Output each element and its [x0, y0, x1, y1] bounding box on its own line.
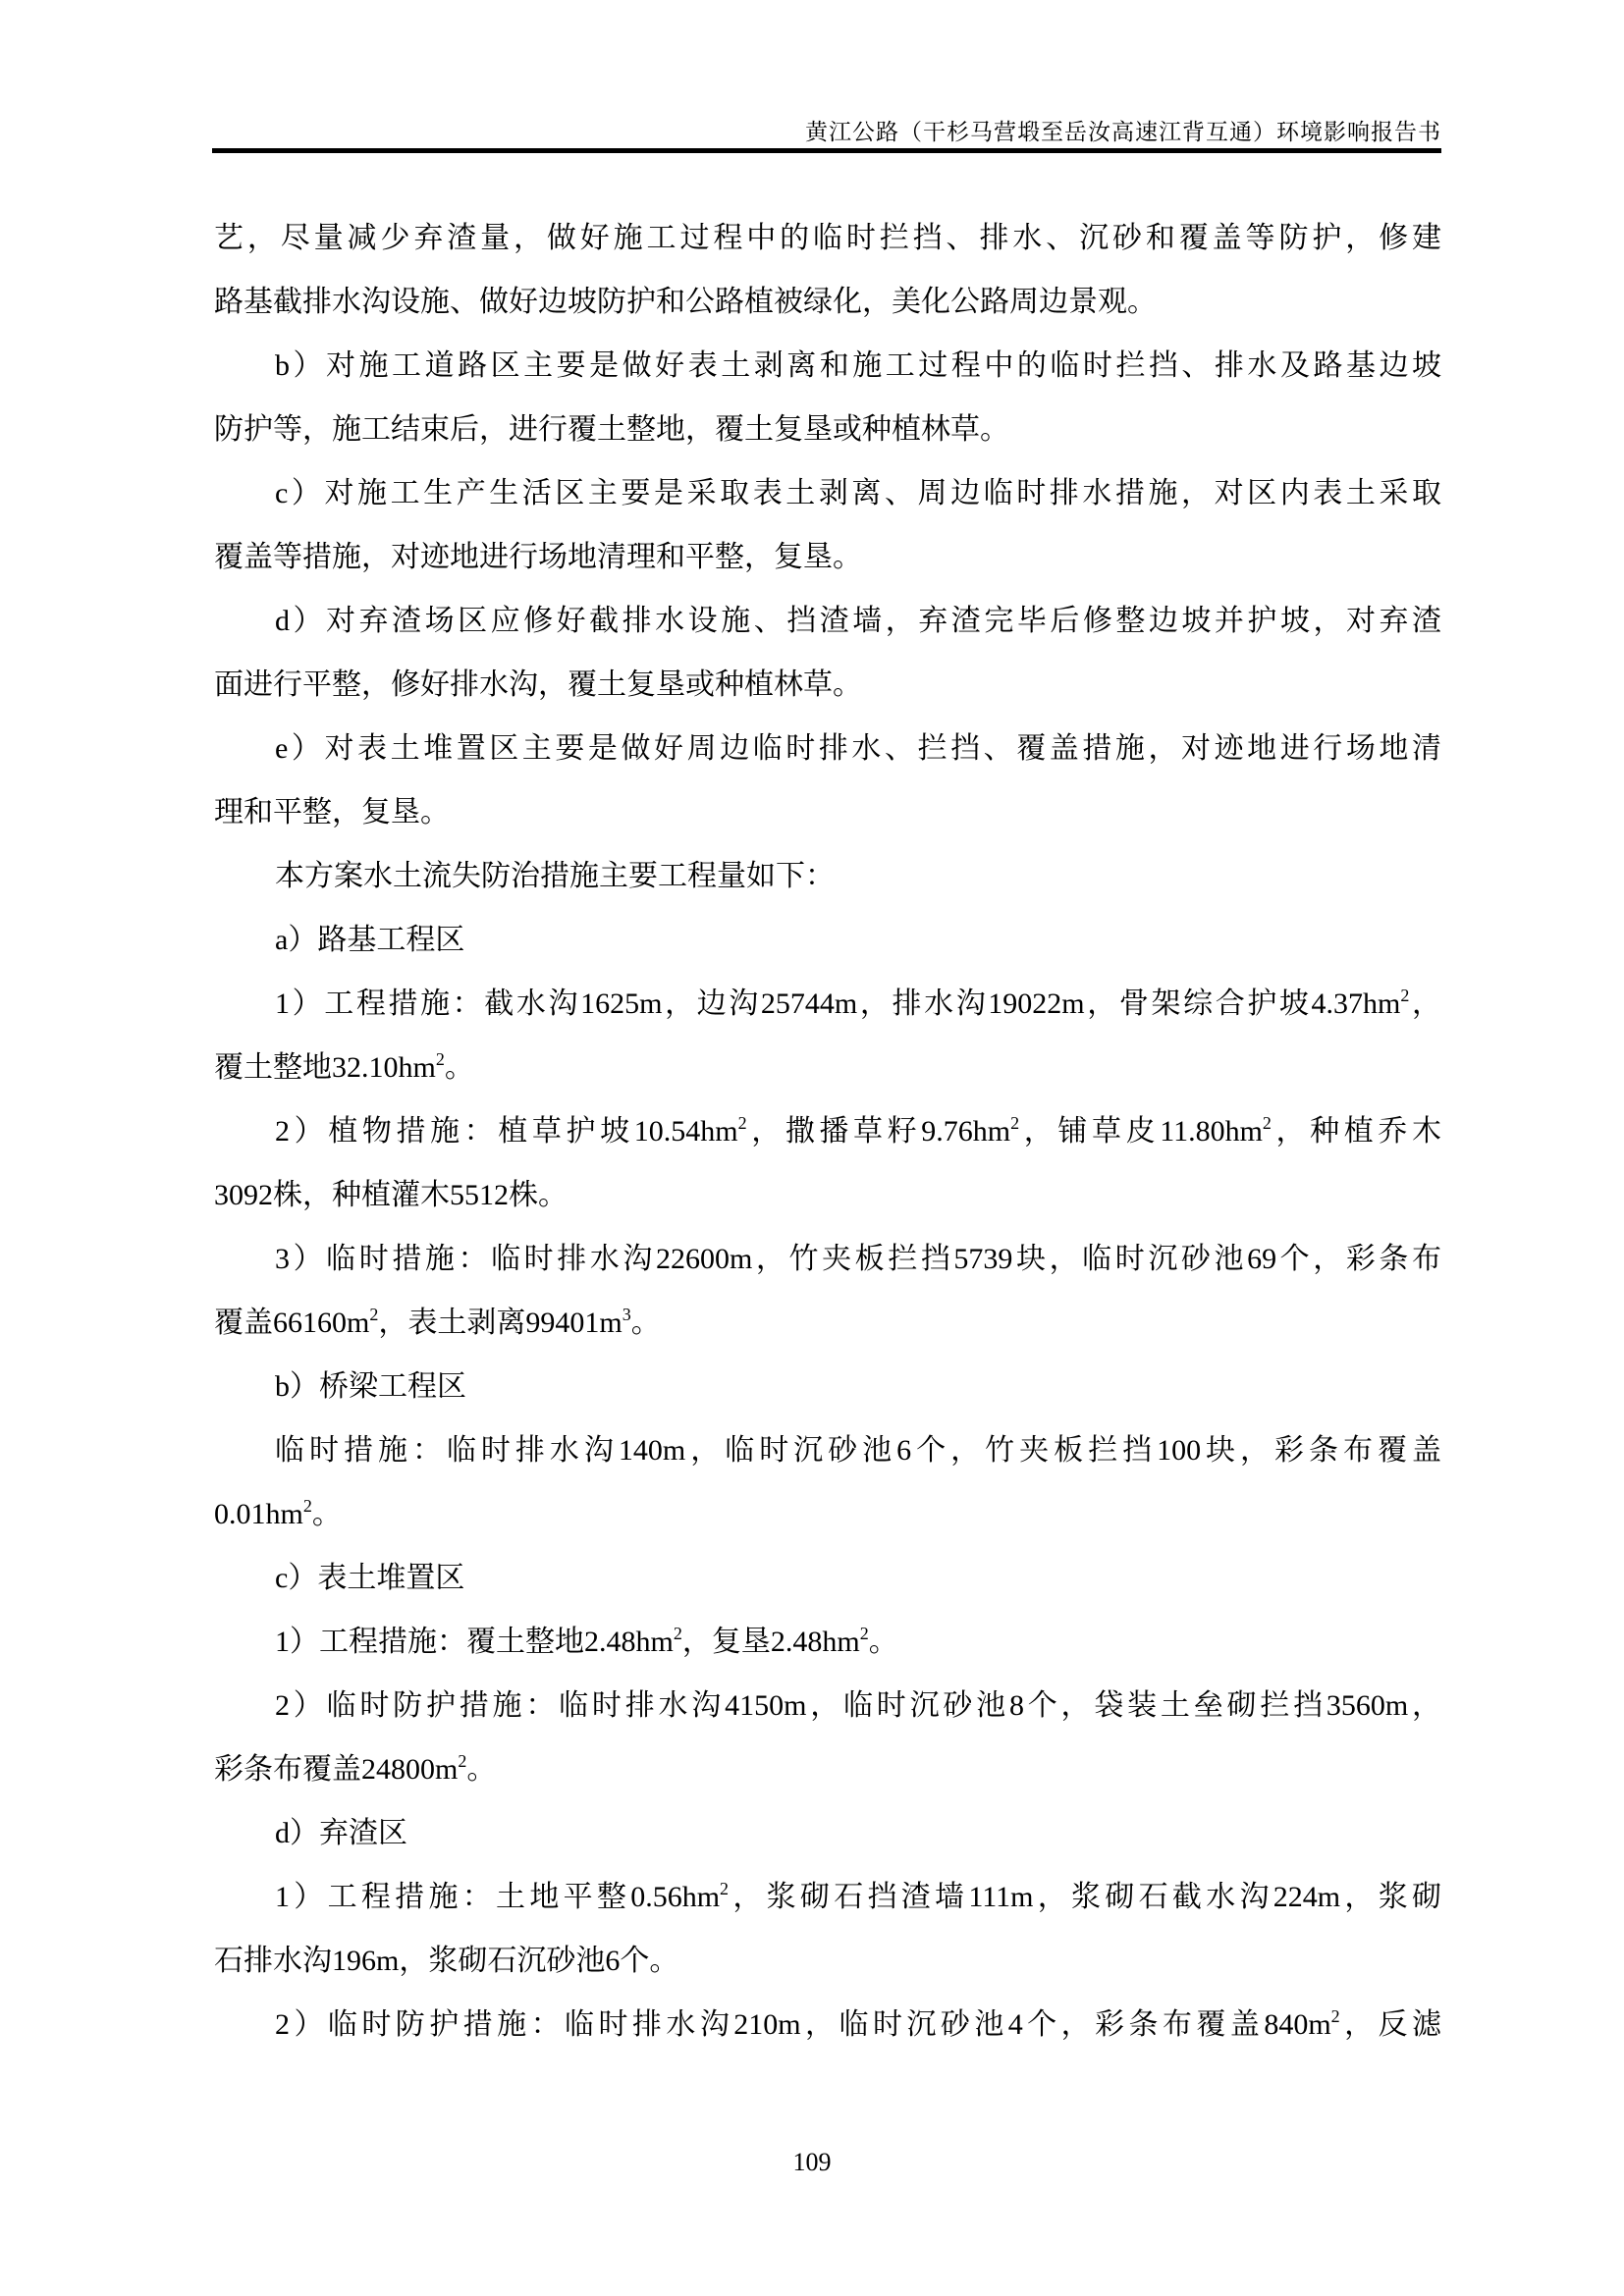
text-line: e）对表土堆置区主要是做好周边临时排水、拦挡、覆盖措施，对迹地进行场地清 [214, 717, 1441, 780]
paragraph: 2）临时防护措施：临时排水沟210m，临时沉砂池4个，彩条布覆盖840m2，反滤 [214, 1993, 1441, 2056]
text-line: 覆盖66160m2，表土剥离99401m3。 [214, 1291, 1441, 1355]
page-number: 109 [793, 2148, 832, 2176]
superscript: 2 [369, 1305, 378, 1324]
paragraph: 本方案水土流失防治措施主要工程量如下： [214, 844, 1441, 908]
superscript: 2 [1400, 986, 1409, 1005]
superscript: 2 [1263, 1113, 1272, 1133]
text-line: 本方案水土流失防治措施主要工程量如下： [214, 844, 1441, 908]
text-line: d）弃渣区 [214, 1801, 1441, 1865]
superscript: 2 [738, 1113, 747, 1133]
superscript: 2 [720, 1879, 729, 1898]
paragraph: c）表土堆置区 [214, 1546, 1441, 1610]
text-line: 路基截排水沟设施、做好边坡防护和公路植被绿化，美化公路周边景观。 [214, 270, 1441, 334]
superscript: 2 [436, 1049, 445, 1069]
paragraph: 3）临时措施：临时排水沟22600m，竹夹板拦挡5739块，临时沉砂池69个，彩… [214, 1227, 1441, 1355]
text-line: 彩条布覆盖24800m2。 [214, 1737, 1441, 1801]
superscript: 2 [1010, 1113, 1019, 1133]
paragraph: b）桥梁工程区 [214, 1355, 1441, 1418]
text-line: 2）临时防护措施：临时排水沟4150m，临时沉砂池8个，袋装土垒砌拦挡3560m… [214, 1674, 1441, 1737]
text-line: 面进行平整，修好排水沟，覆土复垦或种植林草。 [214, 653, 1441, 717]
paragraph: c）对施工生产生活区主要是采取表土剥离、周边临时排水措施，对区内表土采取覆盖等措… [214, 461, 1441, 589]
text-line: b）对施工道路区主要是做好表土剥离和施工过程中的临时拦挡、排水及路基边坡 [214, 334, 1441, 398]
text-line: 3092株，种植灌木5512株。 [214, 1163, 1441, 1227]
superscript: 2 [1331, 2006, 1340, 2026]
superscript: 2 [860, 1624, 869, 1643]
paragraph: e）对表土堆置区主要是做好周边临时排水、拦挡、覆盖措施，对迹地进行场地清理和平整… [214, 717, 1441, 844]
text-line: 3）临时措施：临时排水沟22600m，竹夹板拦挡5739块，临时沉砂池69个，彩… [214, 1227, 1441, 1291]
text-line: 防护等，施工结束后，进行覆土整地，覆土复垦或种植林草。 [214, 398, 1441, 461]
paragraph: 艺，尽量减少弃渣量，做好施工过程中的临时拦挡、排水、沉砂和覆盖等防护，修建路基截… [214, 206, 1441, 334]
paragraph: 1）工程措施：土地平整0.56hm2，浆砌石挡渣墙111m，浆砌石截水沟224m… [214, 1865, 1441, 1993]
text-line: 2）植物措施：植草护坡10.54hm2，撒播草籽9.76hm2，铺草皮11.80… [214, 1099, 1441, 1163]
page-footer: 109 [0, 2148, 1624, 2177]
text-line: d）对弃渣场区应修好截排水设施、挡渣墙，弃渣完毕后修整边坡并护坡，对弃渣 [214, 589, 1441, 653]
paragraph: d）弃渣区 [214, 1801, 1441, 1865]
text-line: 艺，尽量减少弃渣量，做好施工过程中的临时拦挡、排水、沉砂和覆盖等防护，修建 [214, 206, 1441, 270]
text-line: 石排水沟196m，浆砌石沉砂池6个。 [214, 1929, 1441, 1993]
text-line: 理和平整，复垦。 [214, 780, 1441, 844]
text-line: 覆盖等措施，对迹地进行场地清理和平整，复垦。 [214, 525, 1441, 589]
text-line: 1）工程措施：土地平整0.56hm2，浆砌石挡渣墙111m，浆砌石截水沟224m… [214, 1865, 1441, 1929]
text-line: 2）临时防护措施：临时排水沟210m，临时沉砂池4个，彩条布覆盖840m2，反滤 [214, 1993, 1441, 2056]
document-body: 艺，尽量减少弃渣量，做好施工过程中的临时拦挡、排水、沉砂和覆盖等防护，修建路基截… [214, 206, 1441, 2056]
text-line: 1）工程措施：截水沟1625m，边沟25744m，排水沟19022m，骨架综合护… [214, 972, 1441, 1036]
text-line: 覆土整地32.10hm2。 [214, 1036, 1441, 1099]
text-line: c）对施工生产生活区主要是采取表土剥离、周边临时排水措施，对区内表土采取 [214, 461, 1441, 525]
paragraph: 临时措施：临时排水沟140m，临时沉砂池6个，竹夹板拦挡100块，彩条布覆盖0.… [214, 1418, 1441, 1546]
text-line: 0.01hm2。 [214, 1482, 1441, 1546]
superscript: 2 [674, 1624, 682, 1643]
text-line: 临时措施：临时排水沟140m，临时沉砂池6个，竹夹板拦挡100块，彩条布覆盖 [214, 1418, 1441, 1482]
document-page: 黄江公路（干杉马营塅至岳汝高速江背互通）环境影响报告书 艺，尽量减少弃渣量，做好… [0, 0, 1624, 2296]
paragraph: 2）植物措施：植草护坡10.54hm2，撒播草籽9.76hm2，铺草皮11.80… [214, 1099, 1441, 1227]
page-header: 黄江公路（干杉马营塅至岳汝高速江背互通）环境影响报告书 [214, 114, 1441, 146]
text-line: 1）工程措施：覆土整地2.48hm2，复垦2.48hm2。 [214, 1610, 1441, 1674]
paragraph: b）对施工道路区主要是做好表土剥离和施工过程中的临时拦挡、排水及路基边坡防护等，… [214, 334, 1441, 461]
paragraph: a）路基工程区 [214, 908, 1441, 972]
text-line: a）路基工程区 [214, 908, 1441, 972]
header-title: 黄江公路（干杉马营塅至岳汝高速江背互通）环境影响报告书 [805, 120, 1441, 144]
text-line: b）桥梁工程区 [214, 1355, 1441, 1418]
paragraph: d）对弃渣场区应修好截排水设施、挡渣墙，弃渣完毕后修整边坡并护坡，对弃渣面进行平… [214, 589, 1441, 717]
superscript: 2 [458, 1751, 466, 1771]
superscript: 3 [623, 1305, 631, 1324]
text-line: c）表土堆置区 [214, 1546, 1441, 1610]
paragraph: 1）工程措施：截水沟1625m，边沟25744m，排水沟19022m，骨架综合护… [214, 972, 1441, 1099]
paragraph: 1）工程措施：覆土整地2.48hm2，复垦2.48hm2。 [214, 1610, 1441, 1674]
paragraph: 2）临时防护措施：临时排水沟4150m，临时沉砂池8个，袋装土垒砌拦挡3560m… [214, 1674, 1441, 1801]
superscript: 2 [303, 1496, 312, 1516]
header-rule [212, 148, 1441, 153]
